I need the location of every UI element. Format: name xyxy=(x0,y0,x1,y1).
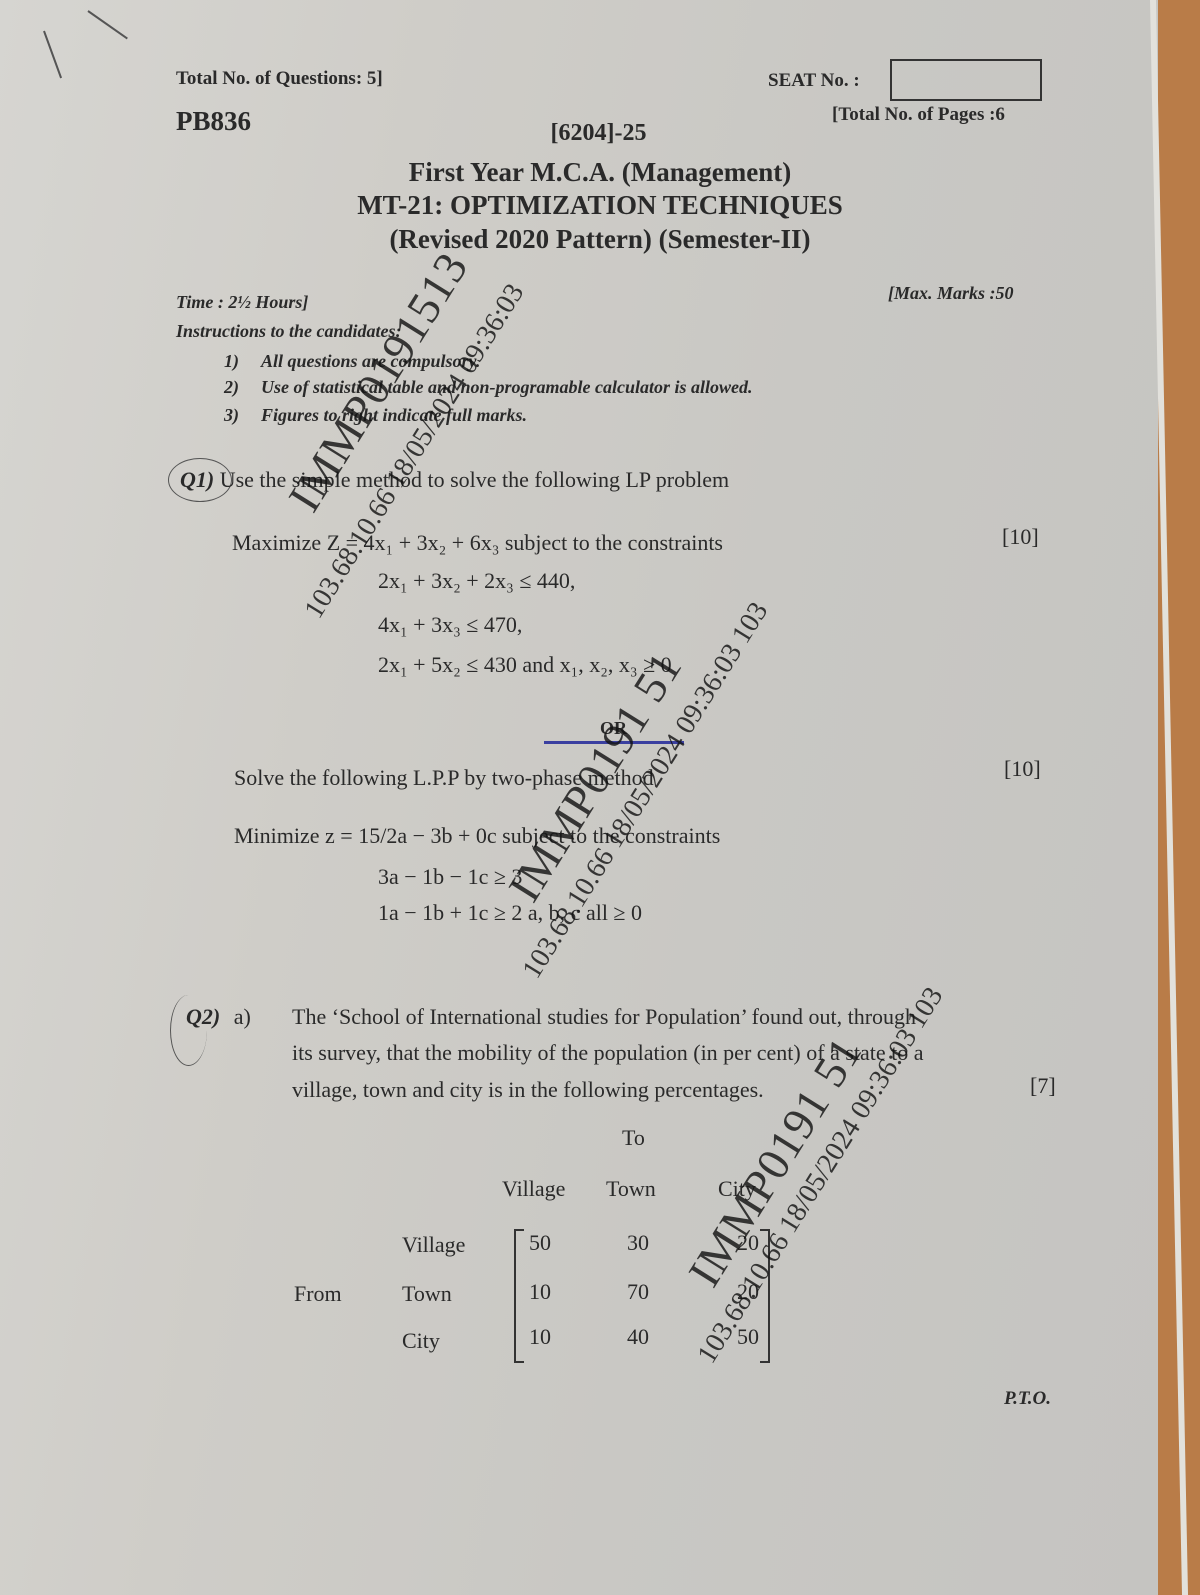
seat-number-box xyxy=(890,59,1042,101)
instruction-text: Figures to right indicate full marks. xyxy=(261,405,527,425)
matrix-row-village: Village xyxy=(402,1232,465,1258)
total-questions: Total No. of Questions: 5] xyxy=(176,68,383,90)
q1-constraint-1: 2x₁ + 3x₂ + 2x₃ ≤ 440, xyxy=(378,568,575,594)
instruction-num: 1) xyxy=(224,351,239,371)
matrix-from-label: From xyxy=(294,1281,342,1307)
objective-text: 4x₁ + 3x₂ + 6x₃ subject to the constrain… xyxy=(364,530,723,555)
matrix-col-town: Town xyxy=(606,1176,656,1202)
matrix-cell: 10 xyxy=(510,1324,570,1350)
instruction-num: 2) xyxy=(224,377,239,397)
q2-number-text: Q2) xyxy=(186,1004,220,1029)
q2-number: Q2) a) xyxy=(186,1004,251,1030)
q2-line-1: The ‘School of International studies for… xyxy=(292,1004,916,1030)
pattern-title: (Revised 2020 Pattern) (Semester-II) xyxy=(0,224,1200,255)
instruction-num: 3) xyxy=(224,405,239,425)
q2-part: a) xyxy=(234,1004,251,1029)
pto-label: P.T.O. xyxy=(1004,1388,1051,1410)
matrix-cell: 30 xyxy=(608,1230,668,1256)
matrix-cell: 40 xyxy=(608,1324,668,1350)
subject-title: MT-21: OPTIMIZATION TECHNIQUES xyxy=(0,190,1200,221)
matrix-col-village: Village xyxy=(502,1176,565,1202)
instruction-2: 2)Use of statistical table and non-progr… xyxy=(224,377,753,398)
q2-line-3: village, town and city is in the followi… xyxy=(292,1077,764,1103)
time-allowed: Time : 2½ Hours] xyxy=(176,292,308,313)
q1-alt-marks: [10] xyxy=(1004,756,1041,782)
matrix-row-town: Town xyxy=(402,1281,452,1307)
program-title: First Year M.C.A. (Management) xyxy=(0,157,1200,188)
matrix-cell: 10 xyxy=(510,1279,570,1305)
exam-code-text: [6204]-25 xyxy=(551,120,647,146)
seat-label: SEAT No. : xyxy=(768,70,860,92)
q1-constraint-2: 4x₁ + 3x₃ ≤ 470, xyxy=(378,612,522,638)
q1-alt-constraint-2: 1a − 1b + 1c ≥ 2 a, b, c all ≥ 0 xyxy=(378,900,642,926)
instruction-text: Use of statistical table and non-program… xyxy=(261,377,753,397)
matrix-cell: 50 xyxy=(510,1230,570,1256)
matrix-row-city: City xyxy=(402,1328,440,1354)
max-marks: [Max. Marks :50 xyxy=(888,283,1014,304)
instruction-1: 1)All questions are compulsory. xyxy=(224,351,480,372)
instructions-heading: Instructions to the candidates: xyxy=(176,321,402,342)
q1-number: Q1) xyxy=(180,467,214,492)
matrix-to-label: To xyxy=(622,1125,645,1151)
q2-marks: [7] xyxy=(1030,1073,1056,1099)
matrix-cell: 70 xyxy=(608,1279,668,1305)
exam-code: [6204]-25 xyxy=(0,120,1200,147)
q1-alt-objective: Minimize z = 15/2a − 3b + 0c subject to … xyxy=(234,823,720,849)
q1-marks: [10] xyxy=(1002,524,1039,550)
q1-objective: Maximize Z = 4x₁ + 3x₂ + 6x₃ subject to … xyxy=(232,530,723,556)
q1-prompt: Q1) Use the simple method to solve the f… xyxy=(180,467,729,493)
